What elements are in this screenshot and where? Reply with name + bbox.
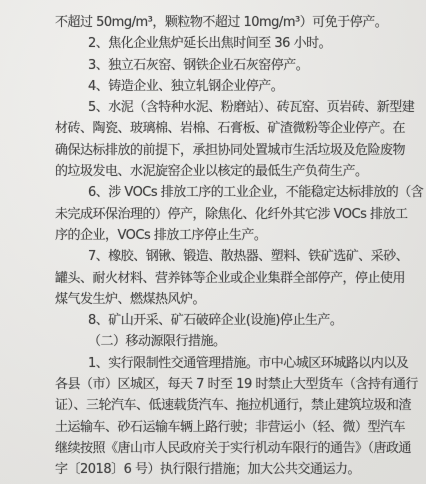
document-line: 3、独立石灰窑、钢铁企业石灰窑停产。: [55, 55, 400, 76]
document-line: 的垃圾发电、水泥旋窑企业以核定的最低生产负荷生产。: [55, 161, 400, 182]
document-line: 不超过 50mg/m³，颗粒物不超过 10mg/m³）可免于停产。: [55, 12, 400, 33]
document-line: 煤气发生炉、燃煤热风炉。: [55, 289, 400, 310]
document-line: 序的企业，VOCs 排放工序停止生产。: [55, 225, 400, 246]
document-line: 罐头、耐火材料、营养钵等企业或企业集群全部停产，停止使用: [55, 268, 400, 289]
document-line: 字〔2018〕6 号）执行限行措施；加大公共交通运力。: [55, 459, 400, 480]
document-line: （二）移动源限行措施。: [55, 331, 400, 352]
document-line: 各县（市）区城区，每天 7 时至 19 时禁止大型货车（含持有通行: [55, 374, 400, 395]
document-line: 证）、三轮汽车、低速载货汽车、拖拉机通行，禁止建筑垃圾和渣: [55, 395, 400, 416]
document-line: 土运输车、砂石运输车辆上路行驶；非营运小（轻、微）型汽车: [55, 417, 400, 438]
document-line: 未完成环保治理的）停产，除焦化、化纤外其它涉 VOCs 排放工: [55, 204, 400, 225]
document-line: 4、铸造企业、独立轧钢企业停产。: [55, 76, 400, 97]
document-line: 2、焦化企业焦炉延长出焦时间至 36 小时。: [55, 33, 400, 54]
document-text-block: 不超过 50mg/m³，颗粒物不超过 10mg/m³）可免于停产。 2、焦化企业…: [55, 12, 400, 481]
document-line: 1、实行限制性交通管理措施。市中心城区环城路以内以及: [55, 353, 400, 374]
document-line: 确保达标排放的前提下，承担协同处置城市生活垃圾及危险废物: [55, 140, 400, 161]
scanned-document-photo: 不超过 50mg/m³，颗粒物不超过 10mg/m³）可免于停产。 2、焦化企业…: [0, 0, 426, 484]
document-line: 材砖、陶瓷、玻璃棉、岩棉、石膏板、矿渣微粉等企业停产。在: [55, 118, 400, 139]
document-line: 5、水泥（含特种水泥、粉磨站）、砖瓦窑、页岩砖、新型建: [55, 97, 400, 118]
document-line: 6、涉 VOCs 排放工序的工业企业，不能稳定达标排放的（含: [55, 182, 400, 203]
document-line: 继续按照《唐山市人民政府关于实行机动车限行的通告》（唐政通: [55, 438, 400, 459]
document-line: 7、橡胶、钢锹、锻造、散热器、塑料、铁矿选矿、采砂、: [55, 246, 400, 267]
document-line: 8、矿山开采、矿石破碎企业(设施)停止生产。: [55, 310, 400, 331]
